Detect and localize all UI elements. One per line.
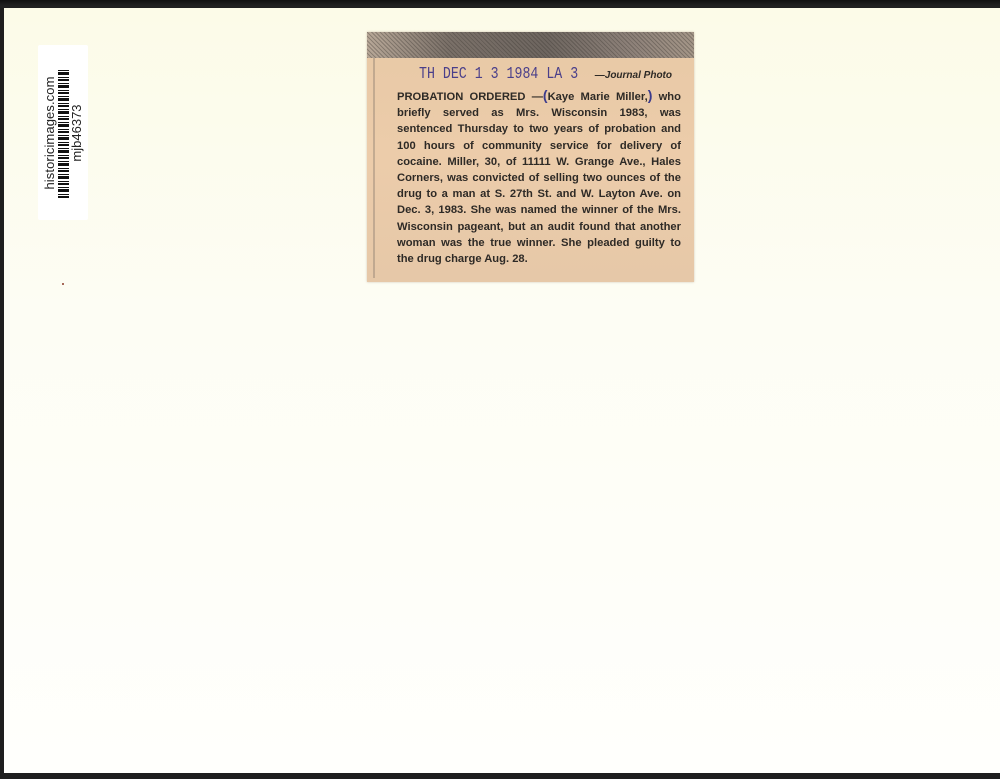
newspaper-clipping: TH DEC 1 3 1984 LA 3 —Journal Photo PROB…: [367, 32, 694, 282]
clipping-fold-line: [373, 58, 375, 278]
barcode-item-id: mjb46373: [70, 104, 84, 161]
photo-fragment: [367, 32, 694, 58]
ink-bracket-close-icon: ): [648, 87, 653, 103]
caption-subject-name: Kaye Marie Miller,: [548, 91, 648, 103]
date-stamp: TH DEC 1 3 1984 LA 3: [419, 65, 578, 84]
caption-headline: PROBATION ORDERED —: [397, 91, 543, 103]
caption-body: who briefly served as Mrs. Wisconsin 198…: [397, 91, 681, 265]
paper-speck: [62, 283, 64, 285]
barcode-icon: [58, 68, 69, 198]
barcode-site-text: historicimages.com: [43, 76, 57, 189]
barcode-label: historicimages.com mjb46373: [38, 45, 88, 220]
caption-text: PROBATION ORDERED —(Kaye Marie Miller,) …: [397, 87, 681, 267]
photo-credit: —Journal Photo: [595, 70, 672, 81]
